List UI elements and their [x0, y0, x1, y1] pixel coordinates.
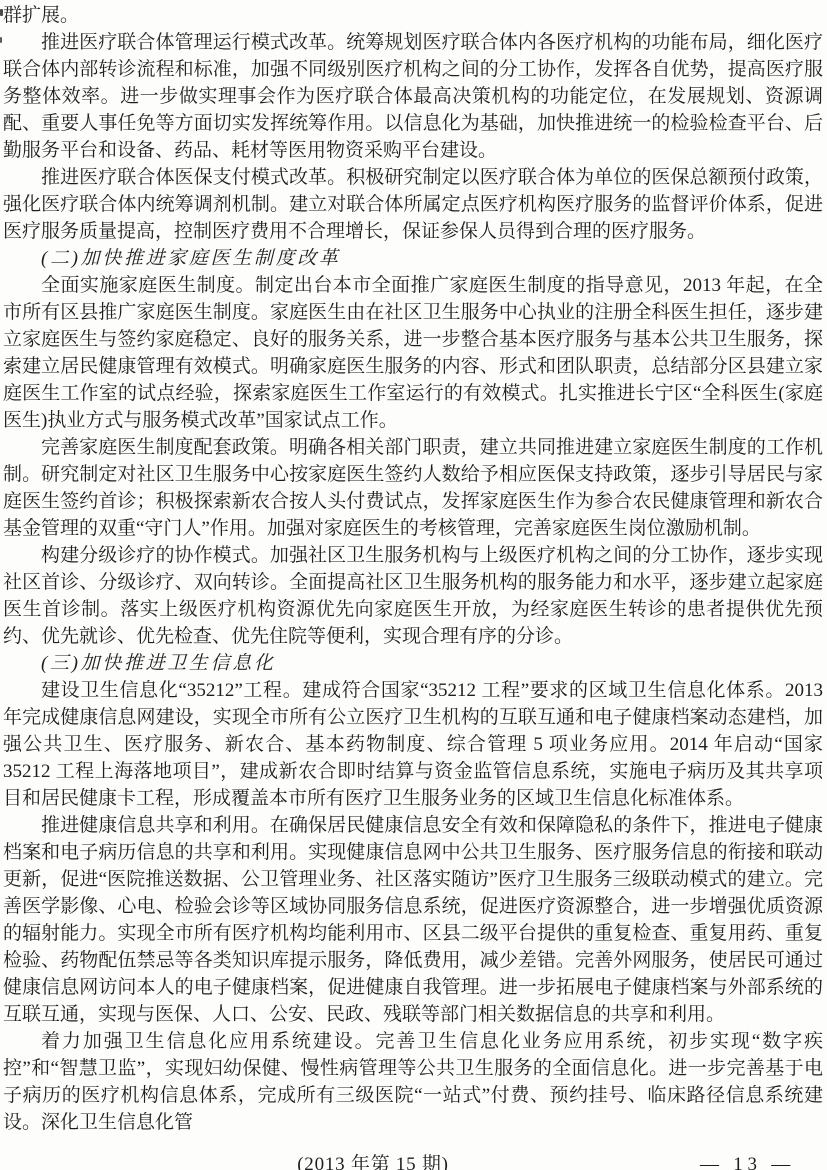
document-page: 群扩展。 推进医疗联合体管理运行模式改革。统筹规划医疗联合体内各医疗机构的功能布… [0, 0, 827, 1170]
paragraph: 着力加强卫生信息化应用系统建设。完善卫生信息化业务应用系统，初步实现“数字疾控”… [3, 1028, 823, 1136]
paragraph: 建设卫生信息化“35212”工程。建成符合国家“35212 工程”要求的区域卫生… [3, 677, 823, 812]
paragraph-continuation: 群扩展。 [3, 2, 823, 29]
scan-artifact [0, 37, 2, 43]
section-heading: (三)加快推进卫生信息化 [3, 650, 823, 677]
footer-issue: (2013 年第 15 期) [3, 1151, 743, 1170]
page-footer: (2013 年第 15 期) — 13 — [3, 1151, 823, 1170]
paragraph: 推进医疗联合体管理运行模式改革。统筹规划医疗联合体内各医疗机构的功能布局，细化医… [3, 29, 823, 164]
paragraph: 构建分级诊疗的协作模式。加强社区卫生服务机构与上级医疗机构之间的分工协作，逐步实… [3, 542, 823, 650]
paragraph: 推进医疗联合体医保支付模式改革。积极研究制定以医疗联合体为单位的医保总额预付政策… [3, 164, 823, 245]
paragraph: 推进健康信息共享和利用。在确保居民健康信息安全有效和保障隐私的条件下，推进电子健… [3, 812, 823, 1028]
section-heading: (二)加快推进家庭医生制度改革 [3, 245, 823, 272]
footer-page-number: — 13 — [700, 1151, 795, 1170]
text-column: 群扩展。 推进医疗联合体管理运行模式改革。统筹规划医疗联合体内各医疗机构的功能布… [3, 2, 823, 1170]
paragraph: 全面实施家庭医生制度。制定出台本市全面推广家庭医生制度的指导意见，2013 年起… [3, 272, 823, 434]
paragraph: 完善家庭医生制度配套政策。明确各相关部门职责，建立共同推进建立家庭医生制度的工作… [3, 434, 823, 542]
